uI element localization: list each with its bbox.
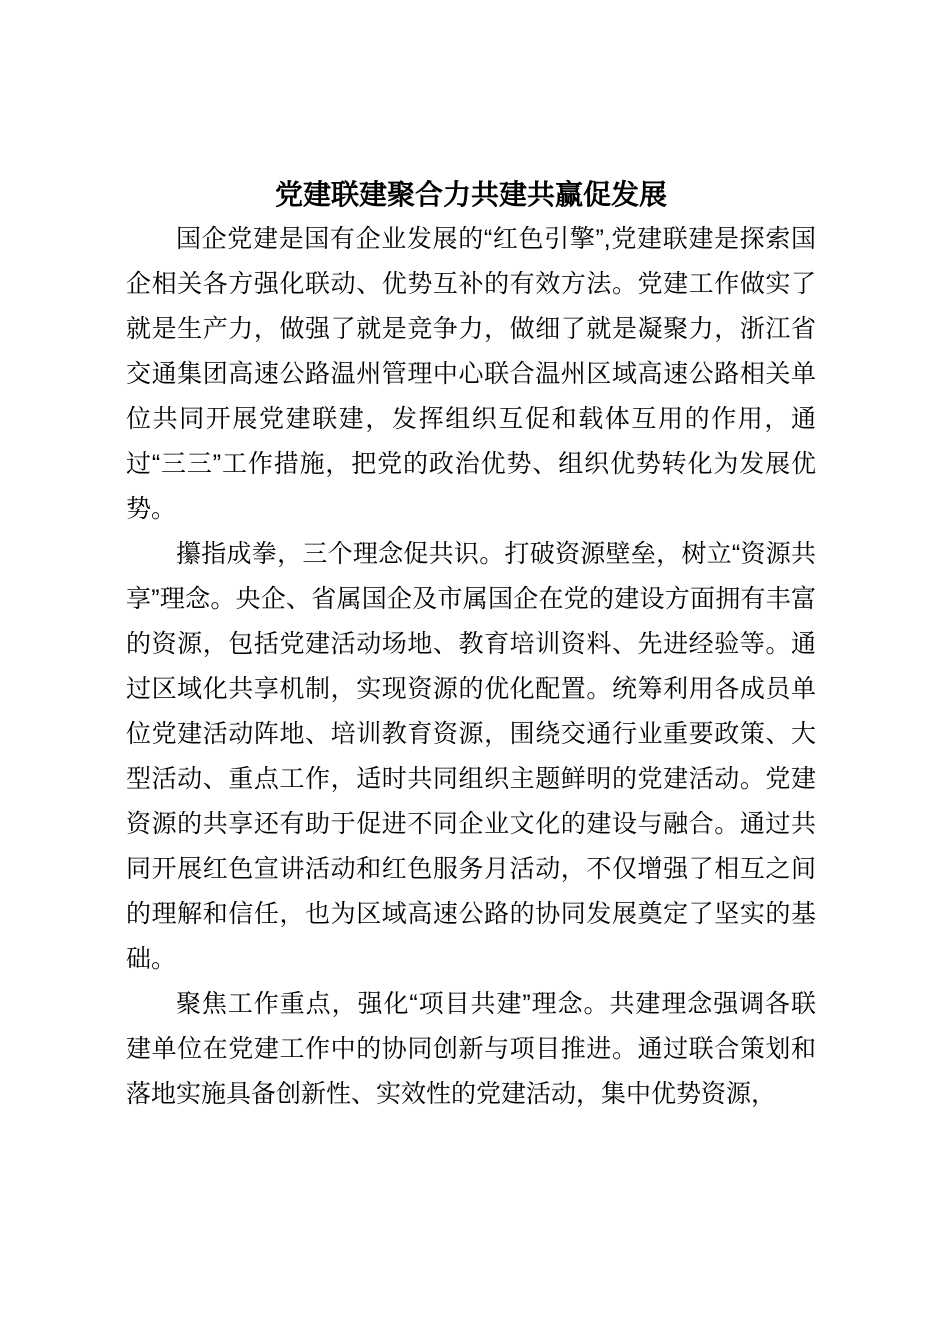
text-line: 企相关各方强化联动、优势互补的有效方法。党建工作做实了 (126, 262, 816, 307)
text-line: 交通集团高速公路温州管理中心联合温州区域高速公路相关单 (126, 352, 816, 397)
text-line: 国企党建是国有企业发展的“红色引擎”,党建联建是探索国 (126, 217, 816, 262)
text-line: 的理解和信任，也为区域高速公路的协同发展奠定了坚实的基 (126, 892, 816, 937)
document-title: 党建联建聚合力共建共赢促发展 (126, 172, 816, 217)
text-line: 落地实施具备创新性、实效性的党建活动，集中优势资源， (126, 1072, 816, 1117)
text-line: 势。 (126, 487, 816, 532)
text-line: 位共同开展党建联建，发挥组织互促和载体互用的作用，通 (126, 397, 816, 442)
text-line: 的资源，包括党建活动场地、教育培训资料、先进经验等。通 (126, 622, 816, 667)
text-line: 位党建活动阵地、培训教育资源，围绕交通行业重要政策、大 (126, 712, 816, 757)
text-line: 聚焦工作重点，强化“项目共建”理念。共建理念强调各联 (126, 982, 816, 1027)
text-line: 础。 (126, 937, 816, 982)
text-line: 资源的共享还有助于促进不同企业文化的建设与融合。通过共 (126, 802, 816, 847)
text-line: 型活动、重点工作，适时共同组织主题鲜明的党建活动。党建 (126, 757, 816, 802)
text-line: 过“三三”工作措施，把党的政治优势、组织优势转化为发展优 (126, 442, 816, 487)
text-line: 攥指成拳，三个理念促共识。打破资源壁垒，树立“资源共 (126, 532, 816, 577)
text-line: 就是生产力，做强了就是竞争力，做细了就是凝聚力，浙江省 (126, 307, 816, 352)
document-page: 党建联建聚合力共建共赢促发展 国企党建是国有企业发展的“红色引擎”,党建联建是探… (0, 0, 950, 1344)
text-line: 同开展红色宣讲活动和红色服务月活动，不仅增强了相互之间 (126, 847, 816, 892)
text-line: 建单位在党建工作中的协同创新与项目推进。通过联合策划和 (126, 1027, 816, 1072)
text-line: 享”理念。央企、省属国企及市属国企在党的建设方面拥有丰富 (126, 577, 816, 622)
text-line: 过区域化共享机制，实现资源的优化配置。统筹利用各成员单 (126, 667, 816, 712)
document-body: 国企党建是国有企业发展的“红色引擎”,党建联建是探索国企相关各方强化联动、优势互… (126, 217, 816, 1117)
